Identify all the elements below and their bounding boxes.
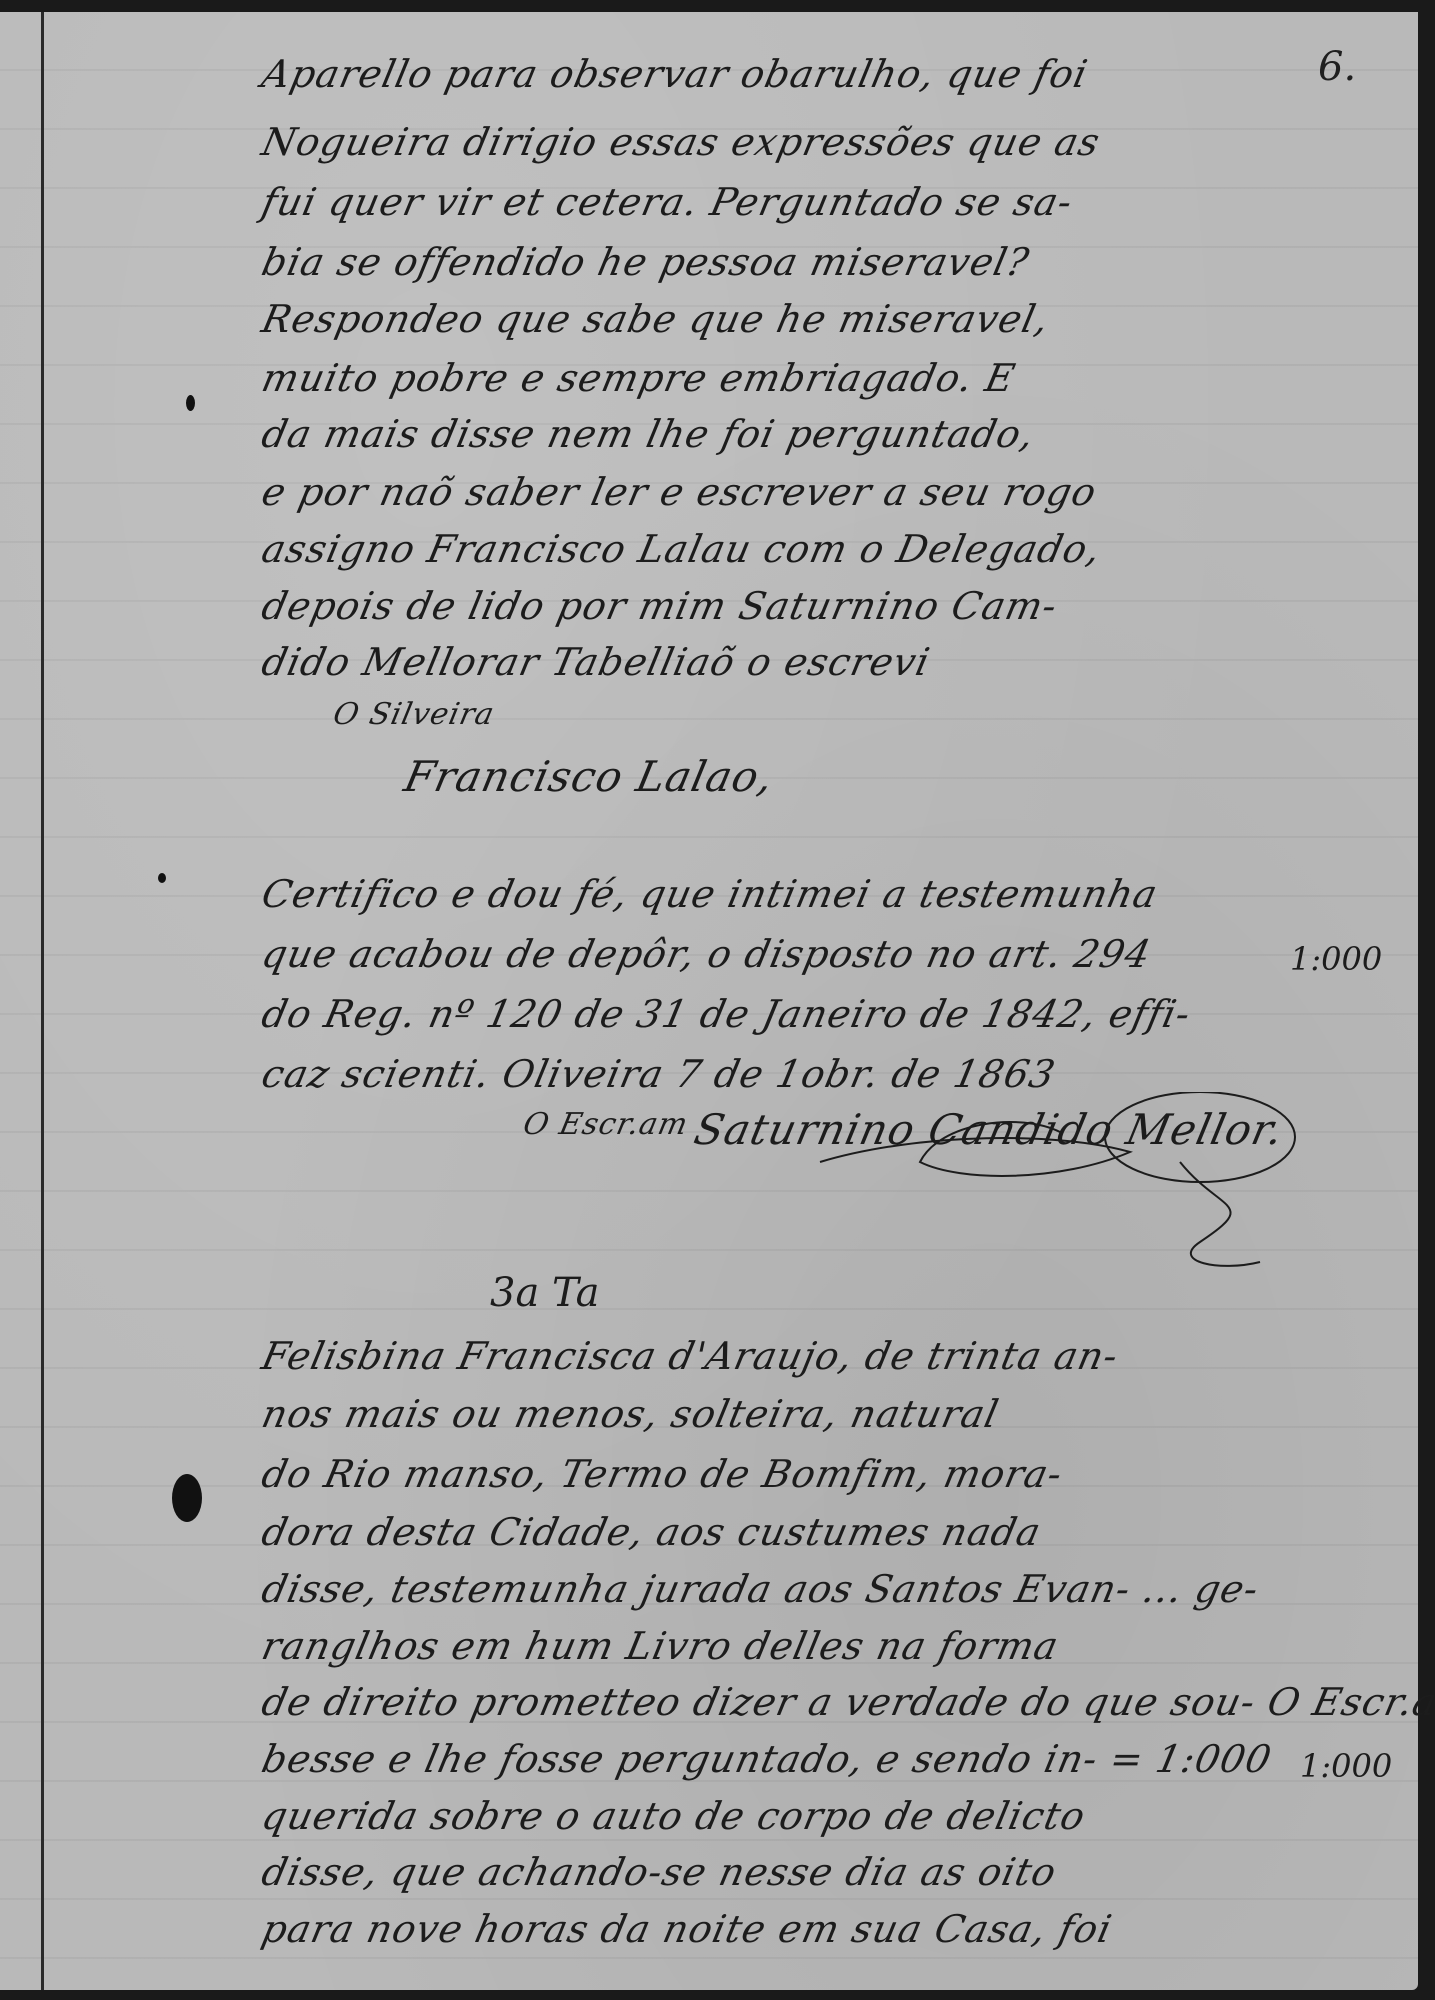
manuscript-line: da mais disse nem lhe foi perguntado, [258, 412, 1039, 456]
manuscript-line: querida sobre o auto de corpo de delicto [258, 1794, 1090, 1838]
manuscript-line: assigno Francisco Lalau com o Delegado, [258, 527, 1105, 571]
margin-fee-note: 1:000 [1290, 940, 1382, 978]
manuscript-line: Felisbina Francisca d'Araujo, de trinta … [258, 1334, 1122, 1378]
manuscript-line: Respondeo que sabe que he miseravel, [258, 297, 1053, 341]
manuscript-line: para nove horas da noite em sua Casa, fo… [258, 1907, 1116, 1951]
manuscript-line: nos mais ou menos, solteira, natural [258, 1392, 1003, 1436]
witness-signature: Francisco Lalao, [400, 752, 778, 801]
manuscript-page: 6. Aparello para observar obarulho, que … [0, 12, 1418, 1990]
manuscript-line: Nogueira dirigio essas expressões que as [258, 120, 1104, 164]
signature-flourish [800, 1092, 1360, 1272]
ink-blot [186, 395, 195, 411]
certificate-line: do Reg. nº 120 de 31 de Janeiro de 1842,… [258, 992, 1195, 1036]
manuscript-line: disse, testemunha jurada aos Santos Evan… [258, 1567, 1263, 1611]
manuscript-line: depois de lido por mim Saturnino Cam- [258, 584, 1062, 628]
certificate-line: que acabou de depôr, o disposto no art. … [258, 932, 1155, 976]
section-heading: 3a Ta [490, 1270, 599, 1316]
certificate-signature-prefix: O Escr.am [520, 1107, 692, 1142]
manuscript-line: muito pobre e sempre embriagado. E [258, 356, 1019, 400]
manuscript-line: dido Mellorar Tabelliaõ o escrevi [258, 640, 934, 684]
manuscript-line: disse, que achando-se nesse dia as oito [258, 1850, 1061, 1894]
ink-blot [172, 1474, 202, 1522]
manuscript-line: fui quer vir et cetera. Perguntado se sa… [258, 180, 1077, 224]
ink-blot [158, 873, 166, 883]
closing-abbrev: O Silveira [330, 697, 498, 732]
manuscript-line: besse e lhe fosse perguntado, e sendo in… [258, 1737, 1276, 1781]
manuscript-line: ranglhos em hum Livro delles na forma [258, 1624, 1063, 1668]
manuscript-line: do Rio manso, Termo de Bomfim, mora- [258, 1452, 1067, 1496]
folio-number: 6. [1318, 44, 1356, 90]
manuscript-line: Aparello para observar obarulho, que foi [258, 52, 1092, 96]
page-margin-rule [41, 12, 44, 1990]
manuscript-line: e por naõ saber ler e escrever a seu rog… [258, 470, 1101, 514]
manuscript-line: bia se offendido he pessoa miseravel? [258, 240, 1033, 284]
margin-fee-note: 1:000 [1300, 1747, 1392, 1785]
certificate-line: Certifico e dou fé, que intimei a testem… [258, 872, 1162, 916]
manuscript-line: dora desta Cidade, aos custumes nada [258, 1510, 1045, 1554]
certificate-line: caz scienti. Oliveira 7 de 1obr. de 1863 [258, 1052, 1060, 1096]
manuscript-line: de direito prometteo dizer a verdade do … [258, 1680, 1435, 1724]
